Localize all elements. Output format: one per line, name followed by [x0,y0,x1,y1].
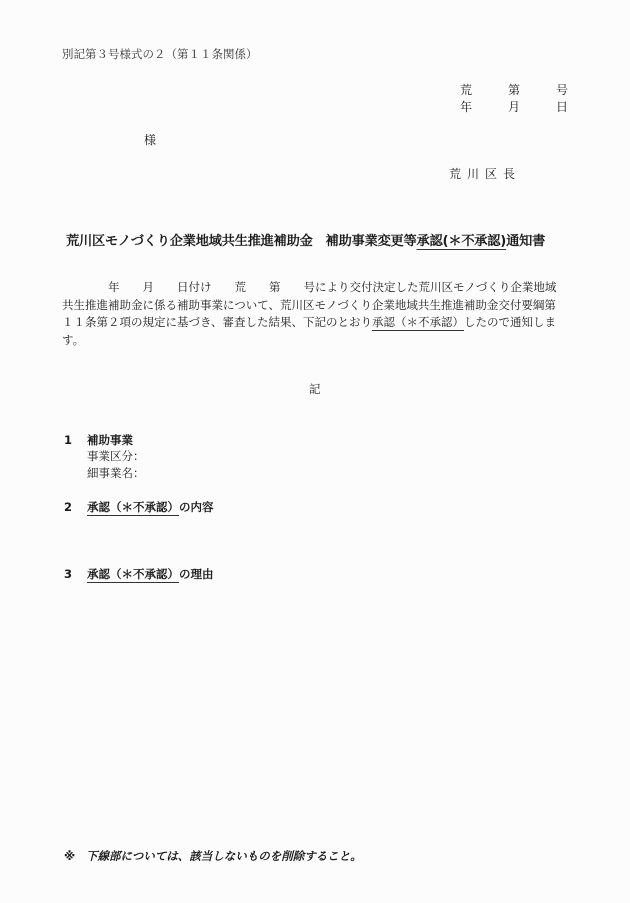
section-3-heading-suffix: の理由 [179,567,214,581]
section-2: 2承認（＊不承認）の内容 [64,499,214,515]
footnote: ※下線部については、該当しないものを削除すること。 [64,848,362,864]
body-line-3: １１条第２項の規定に基づき、審査した結果、下記のとおり承認（＊不承認）したので通… [62,314,572,332]
section-1-heading: 補助事業 [87,433,133,447]
reference-prefix: 荒 [460,82,472,99]
reference-block: 荒 第 号 年 月 日 [460,82,568,116]
section-1: 1補助事業 事業区分： 細事業名： [64,432,145,482]
addressee: 様 [144,131,156,148]
date-year: 年 [460,99,472,116]
section-3-number: 3 [64,567,87,581]
reference-dai: 第 [508,82,520,99]
date-row: 年 月 日 [460,99,568,116]
section-3: 3承認（＊不承認）の理由 [64,566,214,582]
date-month: 月 [508,99,520,116]
section-1-detail-business-name: 細事業名： [64,465,145,482]
body-line-3-after: したので通知しま [464,315,556,329]
section-2-heading-suffix: の内容 [179,500,214,514]
reference-number-row: 荒 第 号 [460,82,568,99]
title-part1: 荒川区モノづくり企業地域共生推進補助金 補助事業変更等 [66,234,417,249]
section-2-number: 2 [64,500,87,514]
body-line-2: 共生推進補助金に係る補助事業について、荒川区モノづくり企業地域共生推進補助金交付… [62,297,572,315]
document-title: 荒川区モノづくり企業地域共生推進補助金 補助事業変更等承認(＊不承認)通知書 [66,230,545,249]
date-day: 日 [556,99,568,116]
note-mark-icon: ※ [64,849,86,863]
issuer: 荒川区長 [449,165,521,182]
form-number: 別記第３号様式の２（第１１条関係） [62,46,258,62]
body-line-1: 年 月 日付け 荒 第 号により交付決定した荒川区モノづくり企業地域 [62,279,572,297]
section-2-approval-underlined: 承認（＊不承認） [87,500,179,514]
title-part2: 通知書 [506,234,545,249]
title-approval-underlined: 承認(＊不承認) [417,234,507,249]
section-1-business-category: 事業区分： [64,448,145,465]
reference-go: 号 [556,82,568,99]
note-text: 下線部については、該当しないものを削除すること。 [86,849,362,863]
ki-heading: 記 [309,381,321,397]
body-line-4: す。 [62,332,572,350]
body-line-3-before: １１条第２項の規定に基づき、審査した結果、下記のとおり [62,315,372,329]
body-paragraph: 年 月 日付け 荒 第 号により交付決定した荒川区モノづくり企業地域 共生推進補… [62,279,572,349]
section-1-number: 1 [64,433,87,447]
section-3-approval-underlined: 承認（＊不承認） [87,567,179,581]
body-approval-underlined: 承認（＊不承認） [372,315,464,329]
